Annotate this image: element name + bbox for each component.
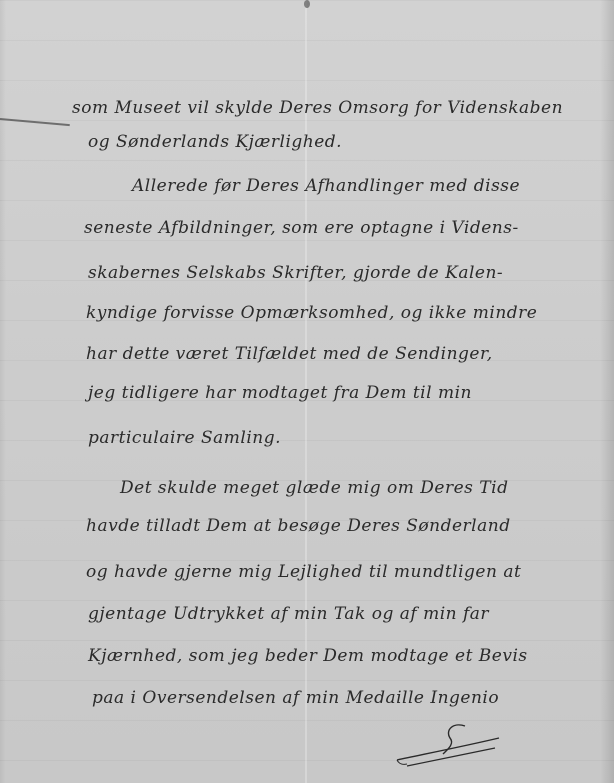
letter-line-5: skabernes Selskabs Skrifter, gjorde de K… xyxy=(88,263,503,283)
signature-flourish-icon xyxy=(395,720,505,770)
letter-line-9: particulaire Samling. xyxy=(88,428,281,448)
letter-line-2: og Sønderlands Kjærlighed. xyxy=(88,132,342,152)
letter-line-3: Allerede før Deres Afhandlinger med diss… xyxy=(132,176,520,196)
letter-line-6: kyndige forvisse Opmærksomhed, og ikke m… xyxy=(86,303,537,323)
letter-line-11: havde tilladt Dem at besøge Deres Sønder… xyxy=(86,516,511,536)
letter-line-4: seneste Afbildninger, som ere optagne i … xyxy=(84,218,519,238)
letter-line-10: Det skulde meget glæde mig om Deres Tid xyxy=(120,478,508,498)
letter-line-7: har dette været Tilfældet med de Sending… xyxy=(86,344,493,364)
letter-line-13: gjentage Udtrykket af min Tak og af min … xyxy=(88,604,489,624)
letter-page: som Museet vil skylde Deres Omsorg for V… xyxy=(0,0,614,783)
letter-line-12: og havde gjerne mig Lejlighed til mundtl… xyxy=(86,562,521,582)
ink-smudge xyxy=(304,0,310,8)
letter-line-8: jeg tidligere har modtaget fra Dem til m… xyxy=(88,383,472,403)
letter-line-15: paa i Oversendelsen af min Medaille Inge… xyxy=(92,688,499,708)
letter-line-14: Kjærnhed, som jeg beder Dem modtage et B… xyxy=(88,646,528,666)
letter-line-1: som Museet vil skylde Deres Omsorg for V… xyxy=(72,98,563,118)
margin-pencil-mark xyxy=(0,118,70,126)
